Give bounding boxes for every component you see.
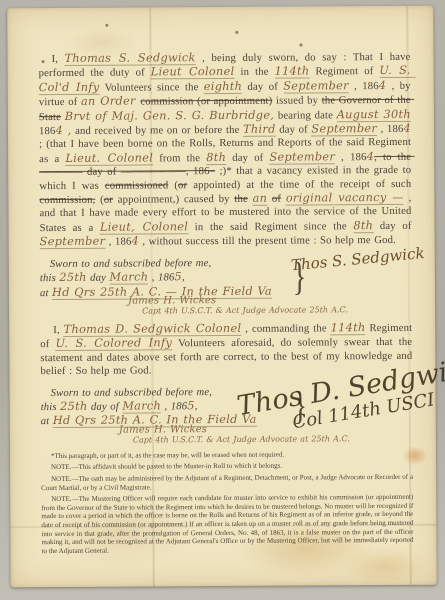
text-segment: in the [234,66,274,78]
text-segment: August 30th [337,107,411,121]
text-segment: Thomas D. Sedgwick Colonel [64,322,242,337]
text-segment: day of [242,80,283,92]
text-segment: September [269,150,335,164]
text-segment: commission, [39,194,95,206]
footnote-note3: NOTE.—The Mustering Officer will require… [41,493,413,555]
witness-title: Capt 4th U.S.C.T. & Act Judge Advocate 2… [142,305,412,316]
text-segment: commissioned [105,179,169,191]
text-segment: Lieut Colonel [151,65,235,80]
text-segment: of [272,193,281,205]
text-segment: , without success till the present time … [139,234,396,248]
text-segment: Lieut, Colonel [100,220,188,235]
text-segment: commission (or appointment) [140,95,272,108]
text-segment: , 186 [335,151,367,163]
screenshot-root: { "page": { "background": "#b2afa6", "pa… [0,0,445,600]
text-segment: March [122,399,161,413]
jurat-second: Sworn to and subscribed before me, this … [41,384,413,428]
ink-speck [299,44,302,47]
text-segment: 4 [367,150,375,163]
text-segment: I, [52,53,65,65]
jurat-second-text: Sworn to and subscribed before me, this … [41,385,289,429]
jurat-line: this 25th day of March , 1865, [41,399,289,415]
text-segment: or [178,179,187,191]
text-segment: this [41,401,61,413]
text-segment: or [104,194,113,206]
ink-speck [235,31,238,34]
text-segment: bearing date [274,109,337,121]
text-segment: I, [53,324,64,336]
text-segment: 114th [275,65,310,79]
text-segment: day [87,272,110,284]
footnote-note1: NOTE.—This affidavit should be pasted to… [41,461,413,472]
text-segment: Thomas S. Sedgwick [65,51,196,66]
text-segment: Third [243,123,276,137]
text-segment: 25th [60,400,87,413]
text-segment: day of [87,401,122,413]
text-segment: Lieut. Colonel [65,151,153,166]
text-segment: an Order [81,95,140,108]
text-segment: an [253,192,268,206]
text-segment: 4 , [55,124,71,137]
text-segment: 5 [174,270,182,283]
text-segment: Regiment of [309,65,379,77]
text-segment: appointment,) caused by [113,193,234,206]
footnote-asterisk: *This paragraph, or part of it, as the c… [41,450,413,461]
text-segment: day of [276,123,312,135]
text-segment: , 186 [377,123,404,135]
text-segment: from the [153,152,206,164]
text-segment: at [40,287,52,299]
text-segment: eighth [204,80,243,94]
text-segment: , [195,400,198,412]
affidavit-commander-paragraph: I, Thomas D. Sedgwick Colonel , commandi… [40,321,412,379]
text-segment: 8th [353,219,373,233]
text-segment: , [182,271,185,283]
text-segment: 4 [403,122,411,135]
text-segment: September [283,79,349,93]
text-segment: issued by [272,95,321,107]
text-segment: March [109,271,148,285]
text-segment: September [40,235,106,249]
footnotes: *This paragraph, or part of it, as the c… [41,450,414,556]
text-segment: , 186 [161,400,187,412]
jurat-first-text: Sworn to and subscribed before me, this … [40,256,288,300]
ink-speck [105,24,108,27]
text-segment: Volunteers since the [99,81,203,94]
footnote-note2: NOTE.—The oath may be administered by th… [41,473,413,492]
text-segment: Sworn to and subscribed before me, [51,386,213,399]
text-segment: 4 [379,79,387,92]
text-segment: day of [373,220,415,232]
document-paper: I, Thomas S. Sedgwick , being duly sworn… [7,6,437,588]
document-content: I, Thomas S. Sedgwick , being duly sworn… [39,50,414,559]
text-segment: U. S. Colored Infy [56,337,173,352]
text-segment: 114th [331,321,366,335]
text-segment: September [311,122,377,136]
text-segment: appointed) at the time of the receipt of… [187,177,415,190]
text-segment: , 186 [349,80,379,92]
text-segment: , 186 [148,271,174,283]
text-segment: , commanding the [241,322,330,335]
text-segment: and received by me on or before the [71,124,243,137]
text-segment: this [40,272,60,284]
text-segment: 25th [59,271,86,284]
witness-title: Capt 4th U.S.C.T. & Act Judge Advocate a… [133,434,413,445]
text-segment: Sworn to and subscribed before me, [50,257,212,270]
text-segment: 8th [206,151,226,165]
text-segment: in the said Regiment since the [188,220,353,233]
text-segment: the [234,193,248,205]
text-segment: day of [226,152,269,164]
text-segment: ( [168,179,178,191]
jurat-line: this 25th day March , 1865, [40,270,288,286]
text-segment: at [41,415,53,427]
text-segment: Brvt of Maj. Gen. S. G. Burbridge, [65,108,275,122]
text-segment: , 186 [105,236,131,248]
jurat-brace: } [293,385,307,425]
text-segment: original vacancy — [286,191,404,206]
affidavit-oath-paragraph: I, Thomas S. Sedgwick , being duly sworn… [39,50,412,250]
